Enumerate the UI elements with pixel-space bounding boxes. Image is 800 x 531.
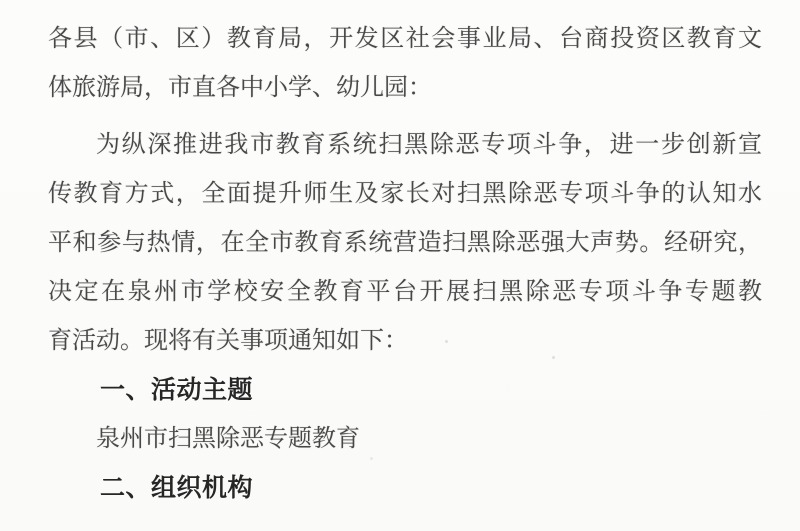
section-heading-activity-theme: 一、活动主题 (48, 366, 762, 415)
document-text-block: 各县（市、区）教育局，开发区社会事业局、台商投资区教育文 体旅游局，市直各中小学… (48, 15, 762, 513)
section-heading-organization: 二、组织机构 (48, 464, 762, 513)
document-line: 传教育方式，全面提升师生及家长对扫黑除恶专项斗争的认知水 (48, 170, 762, 219)
scan-speck (445, 340, 448, 343)
document-line: 体旅游局，市直各中小学、幼儿园： (48, 64, 762, 113)
document-line: 决定在泉州市学校安全教育平台开展扫黑除恶专项斗争专题教 (48, 268, 762, 317)
scan-speck (370, 457, 373, 460)
document-line: 育活动。现将有关事项通知如下： (48, 317, 762, 366)
document-line: 泉州市扫黑除恶专题教育 (48, 415, 762, 464)
document-line: 平和参与热情，在全市教育系统营造扫黑除恶强大声势。经研究， (48, 219, 762, 268)
scan-speck (552, 356, 555, 359)
document-line: 各县（市、区）教育局，开发区社会事业局、台商投资区教育文 (48, 15, 762, 64)
document-page: 各县（市、区）教育局，开发区社会事业局、台商投资区教育文 体旅游局，市直各中小学… (0, 0, 800, 531)
document-line: 为纵深推进我市教育系统扫黑除恶专项斗争，进一步创新宣 (48, 121, 762, 170)
